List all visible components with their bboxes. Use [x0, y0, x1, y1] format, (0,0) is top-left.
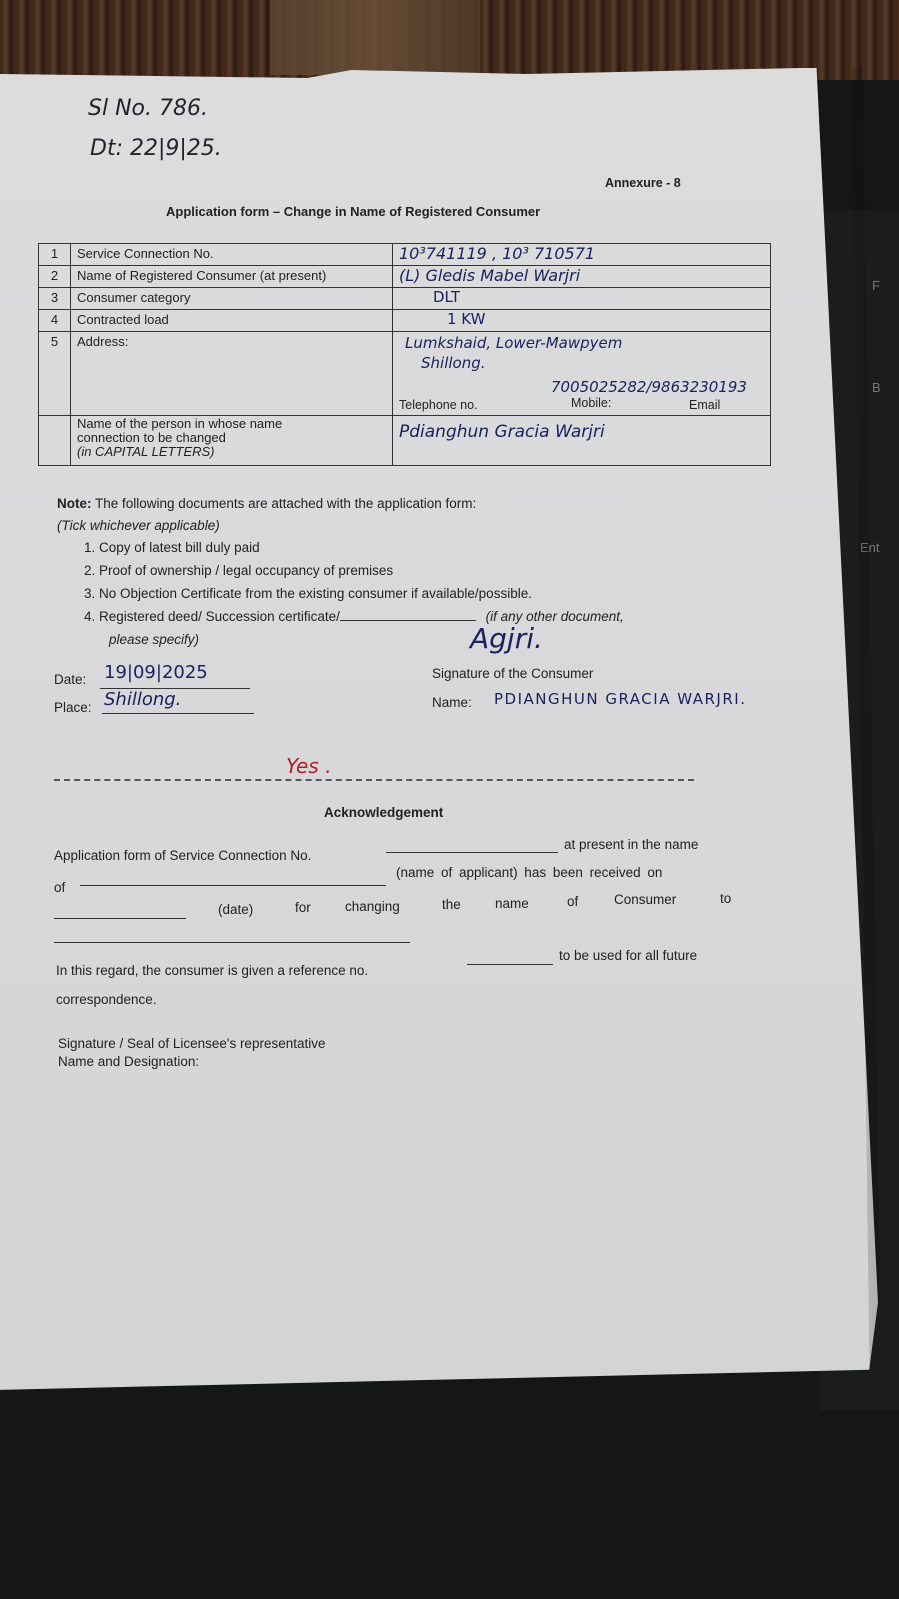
ack-line-6: correspondence.: [56, 992, 157, 1007]
mobile-label: Mobile:: [571, 396, 611, 410]
telephone-label: Telephone no.: [399, 398, 478, 412]
consumer-name-value[interactable]: PDIANGHUN GRACIA WARJRI.: [494, 690, 746, 708]
table-row: 4 Contracted load 1 KW: [39, 310, 771, 332]
table-row: 1 Service Connection No. 10³741119 , 10³…: [39, 244, 771, 266]
address-line-2[interactable]: Shillong.: [421, 354, 486, 372]
row-number: 5: [39, 332, 71, 416]
ack-word: to: [720, 891, 731, 906]
ack-reference-no-blank[interactable]: [467, 964, 553, 965]
ack-line-1b: at present in the name: [564, 837, 698, 852]
ack-word: Consumer: [614, 892, 676, 907]
form-title: Application form – Change in Name of Reg…: [166, 204, 540, 219]
place-label: Place:: [54, 700, 92, 715]
note-line: Note: The following documents are attach…: [57, 496, 476, 511]
ack-line-5a: In this regard, the consumer is given a …: [56, 963, 368, 978]
mobile-value[interactable]: 7005025282/9863230193: [551, 378, 747, 396]
consumer-category-value[interactable]: DLT: [393, 288, 771, 310]
table-row: 2 Name of Registered Consumer (at presen…: [39, 266, 771, 288]
address-cell: Lumkshaid, Lower-Mawpyem Shillong. 70050…: [393, 332, 771, 416]
row-label: Address:: [71, 332, 393, 416]
wood-highlight: [270, 0, 480, 75]
row-label: Consumer category: [71, 288, 393, 310]
keyboard-key: F: [872, 278, 880, 293]
ack-line-2b: (name of applicant) has been received on: [396, 865, 662, 880]
other-document-blank[interactable]: [340, 620, 476, 621]
note-sub: (Tick whichever applicable): [57, 518, 220, 533]
ack-applicant-name-blank[interactable]: [80, 885, 386, 886]
ack-word: for: [295, 900, 311, 915]
ack-line-5b: to be used for all future: [559, 948, 697, 963]
label-line: connection to be changed: [77, 431, 386, 445]
email-label: Email: [689, 398, 720, 412]
row-number: 4: [39, 310, 71, 332]
date-field[interactable]: 19|09|2025: [100, 668, 250, 689]
ack-line-1a: Application form of Service Connection N…: [54, 848, 311, 863]
item-4-text: 4. Registered deed/ Succession certifica…: [84, 609, 340, 624]
ack-date-blank[interactable]: [54, 918, 186, 919]
licensee-name-label: Name and Designation:: [58, 1054, 199, 1069]
consumer-details-table: 1 Service Connection No. 10³741119 , 10³…: [38, 243, 771, 466]
row-number: [39, 416, 71, 466]
table-row: 5 Address: Lumkshaid, Lower-Mawpyem Shil…: [39, 332, 771, 416]
new-name-label: Name of the person in whose name connect…: [71, 416, 393, 466]
label-line: Name of the person in whose name: [77, 417, 386, 431]
consumer-signature[interactable]: Agjri.: [470, 622, 543, 655]
ack-word: the: [442, 897, 461, 912]
table-row: 3 Consumer category DLT: [39, 288, 771, 310]
item-4-line2: please specify): [109, 632, 199, 647]
ack-new-name-blank[interactable]: [54, 942, 410, 943]
annexure-label: Annexure - 8: [605, 176, 681, 190]
document-item-2[interactable]: 2. Proof of ownership / legal occupancy …: [84, 563, 393, 578]
place-field[interactable]: Shillong.: [102, 695, 254, 714]
acknowledgement-heading: Acknowledgement: [324, 805, 443, 820]
ack-word: of: [567, 894, 578, 909]
date-label: Date:: [54, 672, 86, 687]
ack-service-connection-blank[interactable]: [386, 852, 558, 853]
table-row: Name of the person in whose name connect…: [39, 416, 771, 466]
signature-label: Signature of the Consumer: [432, 666, 593, 681]
row-label: Name of Registered Consumer (at present): [71, 266, 393, 288]
licensee-signature-label: Signature / Seal of Licensee's represent…: [58, 1036, 326, 1051]
handwritten-date: Dt: 22|9|25.: [90, 136, 222, 161]
handwritten-yes-mark: Yes .: [286, 754, 331, 778]
ack-word: (date): [218, 902, 253, 917]
address-line-1[interactable]: Lumkshaid, Lower-Mawpyem: [405, 334, 622, 352]
label-line: (in CAPITAL LETTERS): [77, 445, 386, 459]
row-number: 3: [39, 288, 71, 310]
row-number: 2: [39, 266, 71, 288]
service-connection-value[interactable]: 10³741119 , 10³ 710571: [393, 244, 771, 266]
cut-line-divider: [54, 779, 694, 781]
registered-consumer-value[interactable]: (L) Gledis Mabel Warjri: [393, 266, 771, 288]
document-item-3[interactable]: 3. No Objection Certificate from the exi…: [84, 586, 532, 601]
ack-word: name: [495, 896, 529, 911]
contracted-load-value[interactable]: 1 KW: [393, 310, 771, 332]
note-text: The following documents are attached wit…: [95, 496, 476, 511]
name-label: Name:: [432, 695, 472, 710]
ack-word: changing: [345, 899, 400, 914]
note-heading: Note:: [57, 496, 92, 511]
row-label: Service Connection No.: [71, 244, 393, 266]
row-label: Contracted load: [71, 310, 393, 332]
row-number: 1: [39, 244, 71, 266]
place-value: Shillong.: [104, 689, 181, 710]
handwritten-serial-no: Sl No. 786.: [88, 96, 208, 121]
document-item-1[interactable]: 1. Copy of latest bill duly paid: [84, 540, 260, 555]
date-value: 19|09|2025: [104, 662, 208, 683]
ack-line-2a: of: [54, 880, 65, 895]
new-name-value[interactable]: Pdianghun Gracia Warjri: [393, 416, 771, 466]
keyboard-key: B: [872, 380, 881, 395]
